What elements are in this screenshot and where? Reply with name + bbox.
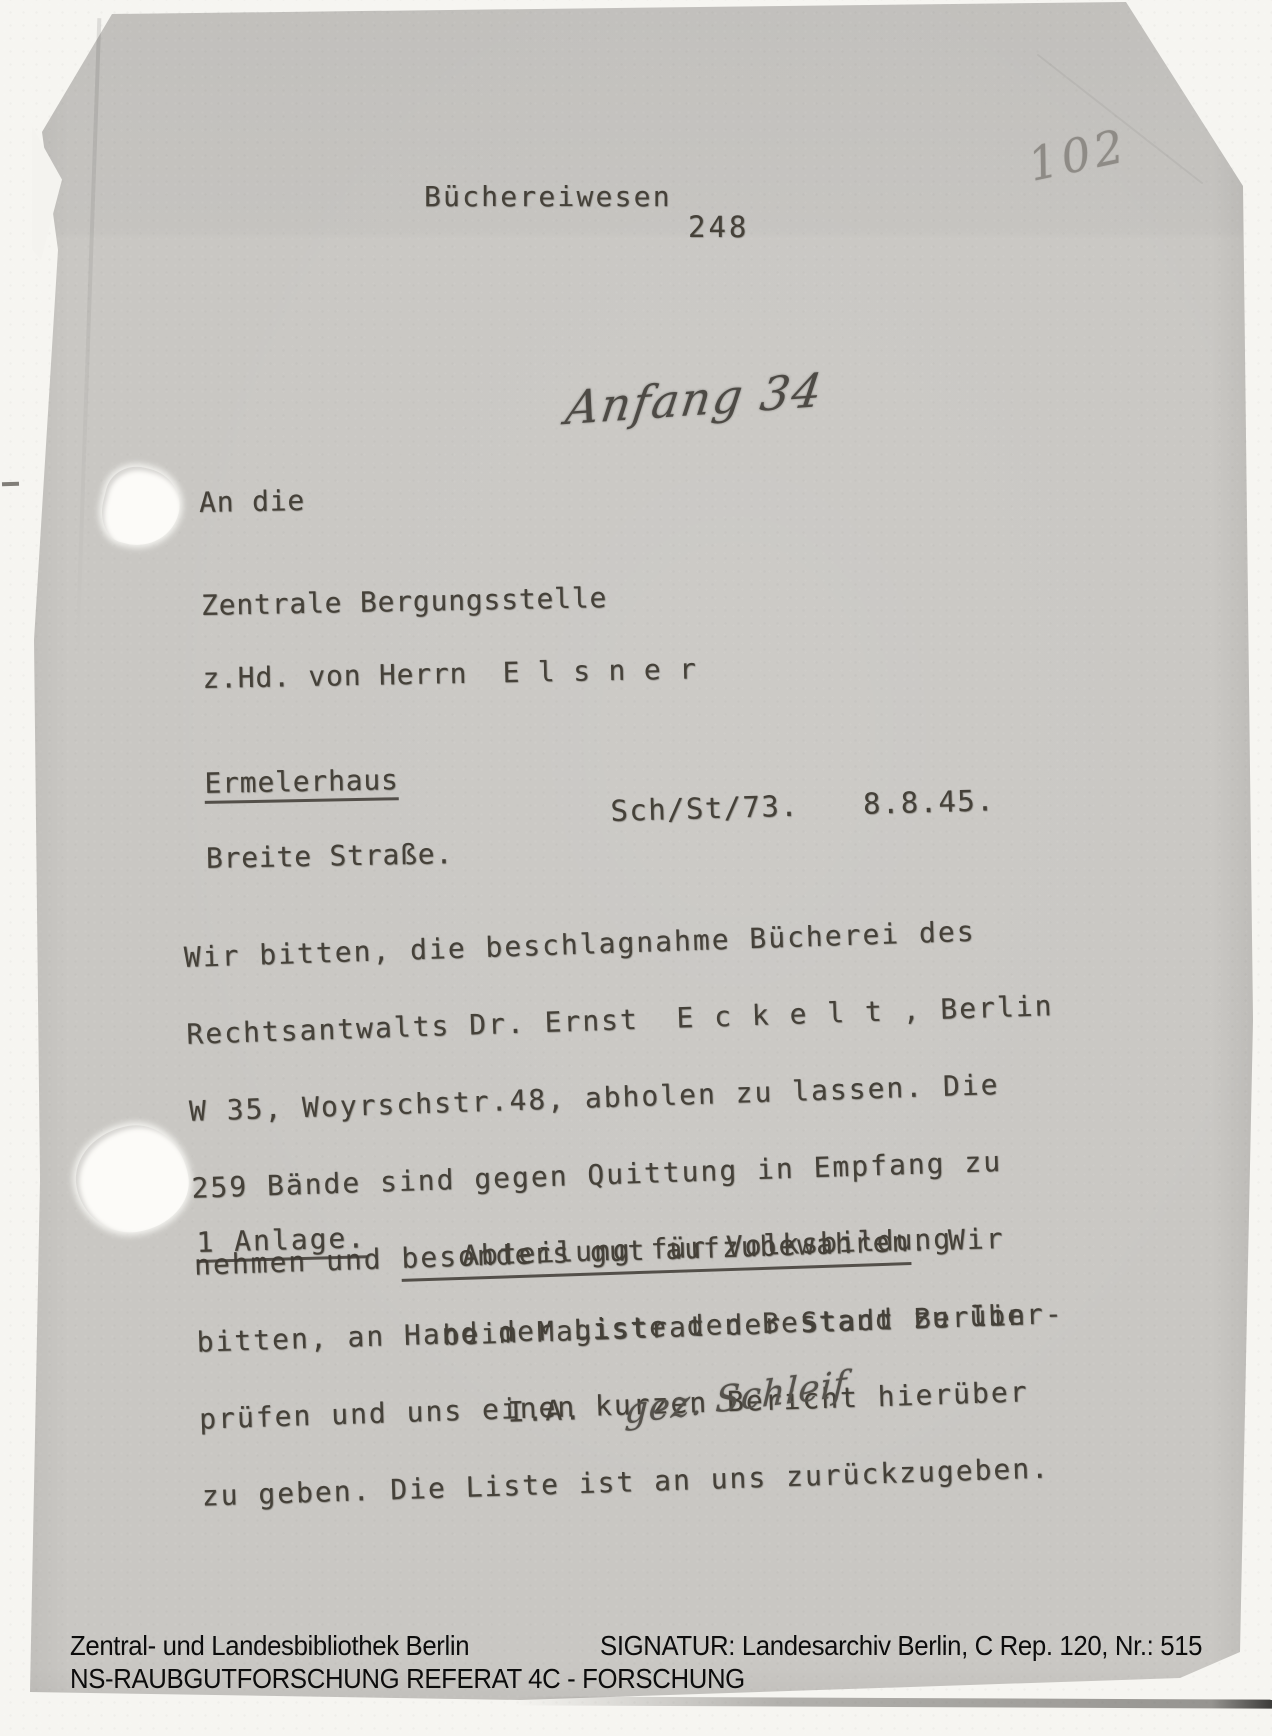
page-bottom-edge-shadow [515,1696,1272,1708]
body-line: W 35, Woyrschstr.48, abholen zu lassen. … [188,1063,1056,1131]
letter-date: 8.8.45. [863,783,996,821]
recipient-attention: z.Hd. von Herrn E l s n e r [202,652,697,694]
recipient-name: Zentrale Bergungsstelle [201,579,696,621]
enclosure-note: 1 Anlage. [196,1221,367,1263]
closing-block: Abteilung für Volksbildung beim Magistra… [438,1178,1032,1473]
closing-org-line2: beim Magistrat der Stadt Berlin [442,1295,1028,1356]
closing-org-line1: Abteilung für Volksbildung [439,1216,1025,1277]
file-reference: Sch/St/73. [610,789,799,828]
body-line: Rechtsantwalts Dr. Ernst E c k e l t , B… [186,986,1054,1054]
body-line: Wir bitten, die beschlagnahme Bücherei d… [183,909,1051,977]
enclosure-label: 1 Anlage. [196,1221,367,1263]
footer-signature-ref: SIGNATUR: Landesarchiv Berlin, C Rep. 12… [600,1630,1202,1662]
salutation-underline-mark [2,482,19,487]
signed-prefix: I.A. [507,1389,584,1433]
footer-project: NS-RAUBGUTFORSCHUNG REFERAT 4C - FORSCHU… [70,1663,745,1695]
recipient-block: An die Zentrale Bergungsstelle z.Hd. von… [198,439,701,913]
footer-institution: Zentral- und Landesbibliothek Berlin [70,1630,469,1662]
recipient-salutation: An die [199,477,694,519]
closing-signed-line: I.A. gez. Schleif [445,1373,1031,1434]
handwritten-signature: gez. Schleif [624,1364,848,1433]
scanned-letter: Büchereiwesen 248 102 Anfang 34 An die Z… [0,0,1272,1736]
document-number: 248 [688,210,749,244]
subject-heading: Büchereiwesen [424,180,672,213]
recipient-building: Ermelerhaus [204,763,399,804]
recipient-street: Breite Straße. [206,832,701,874]
